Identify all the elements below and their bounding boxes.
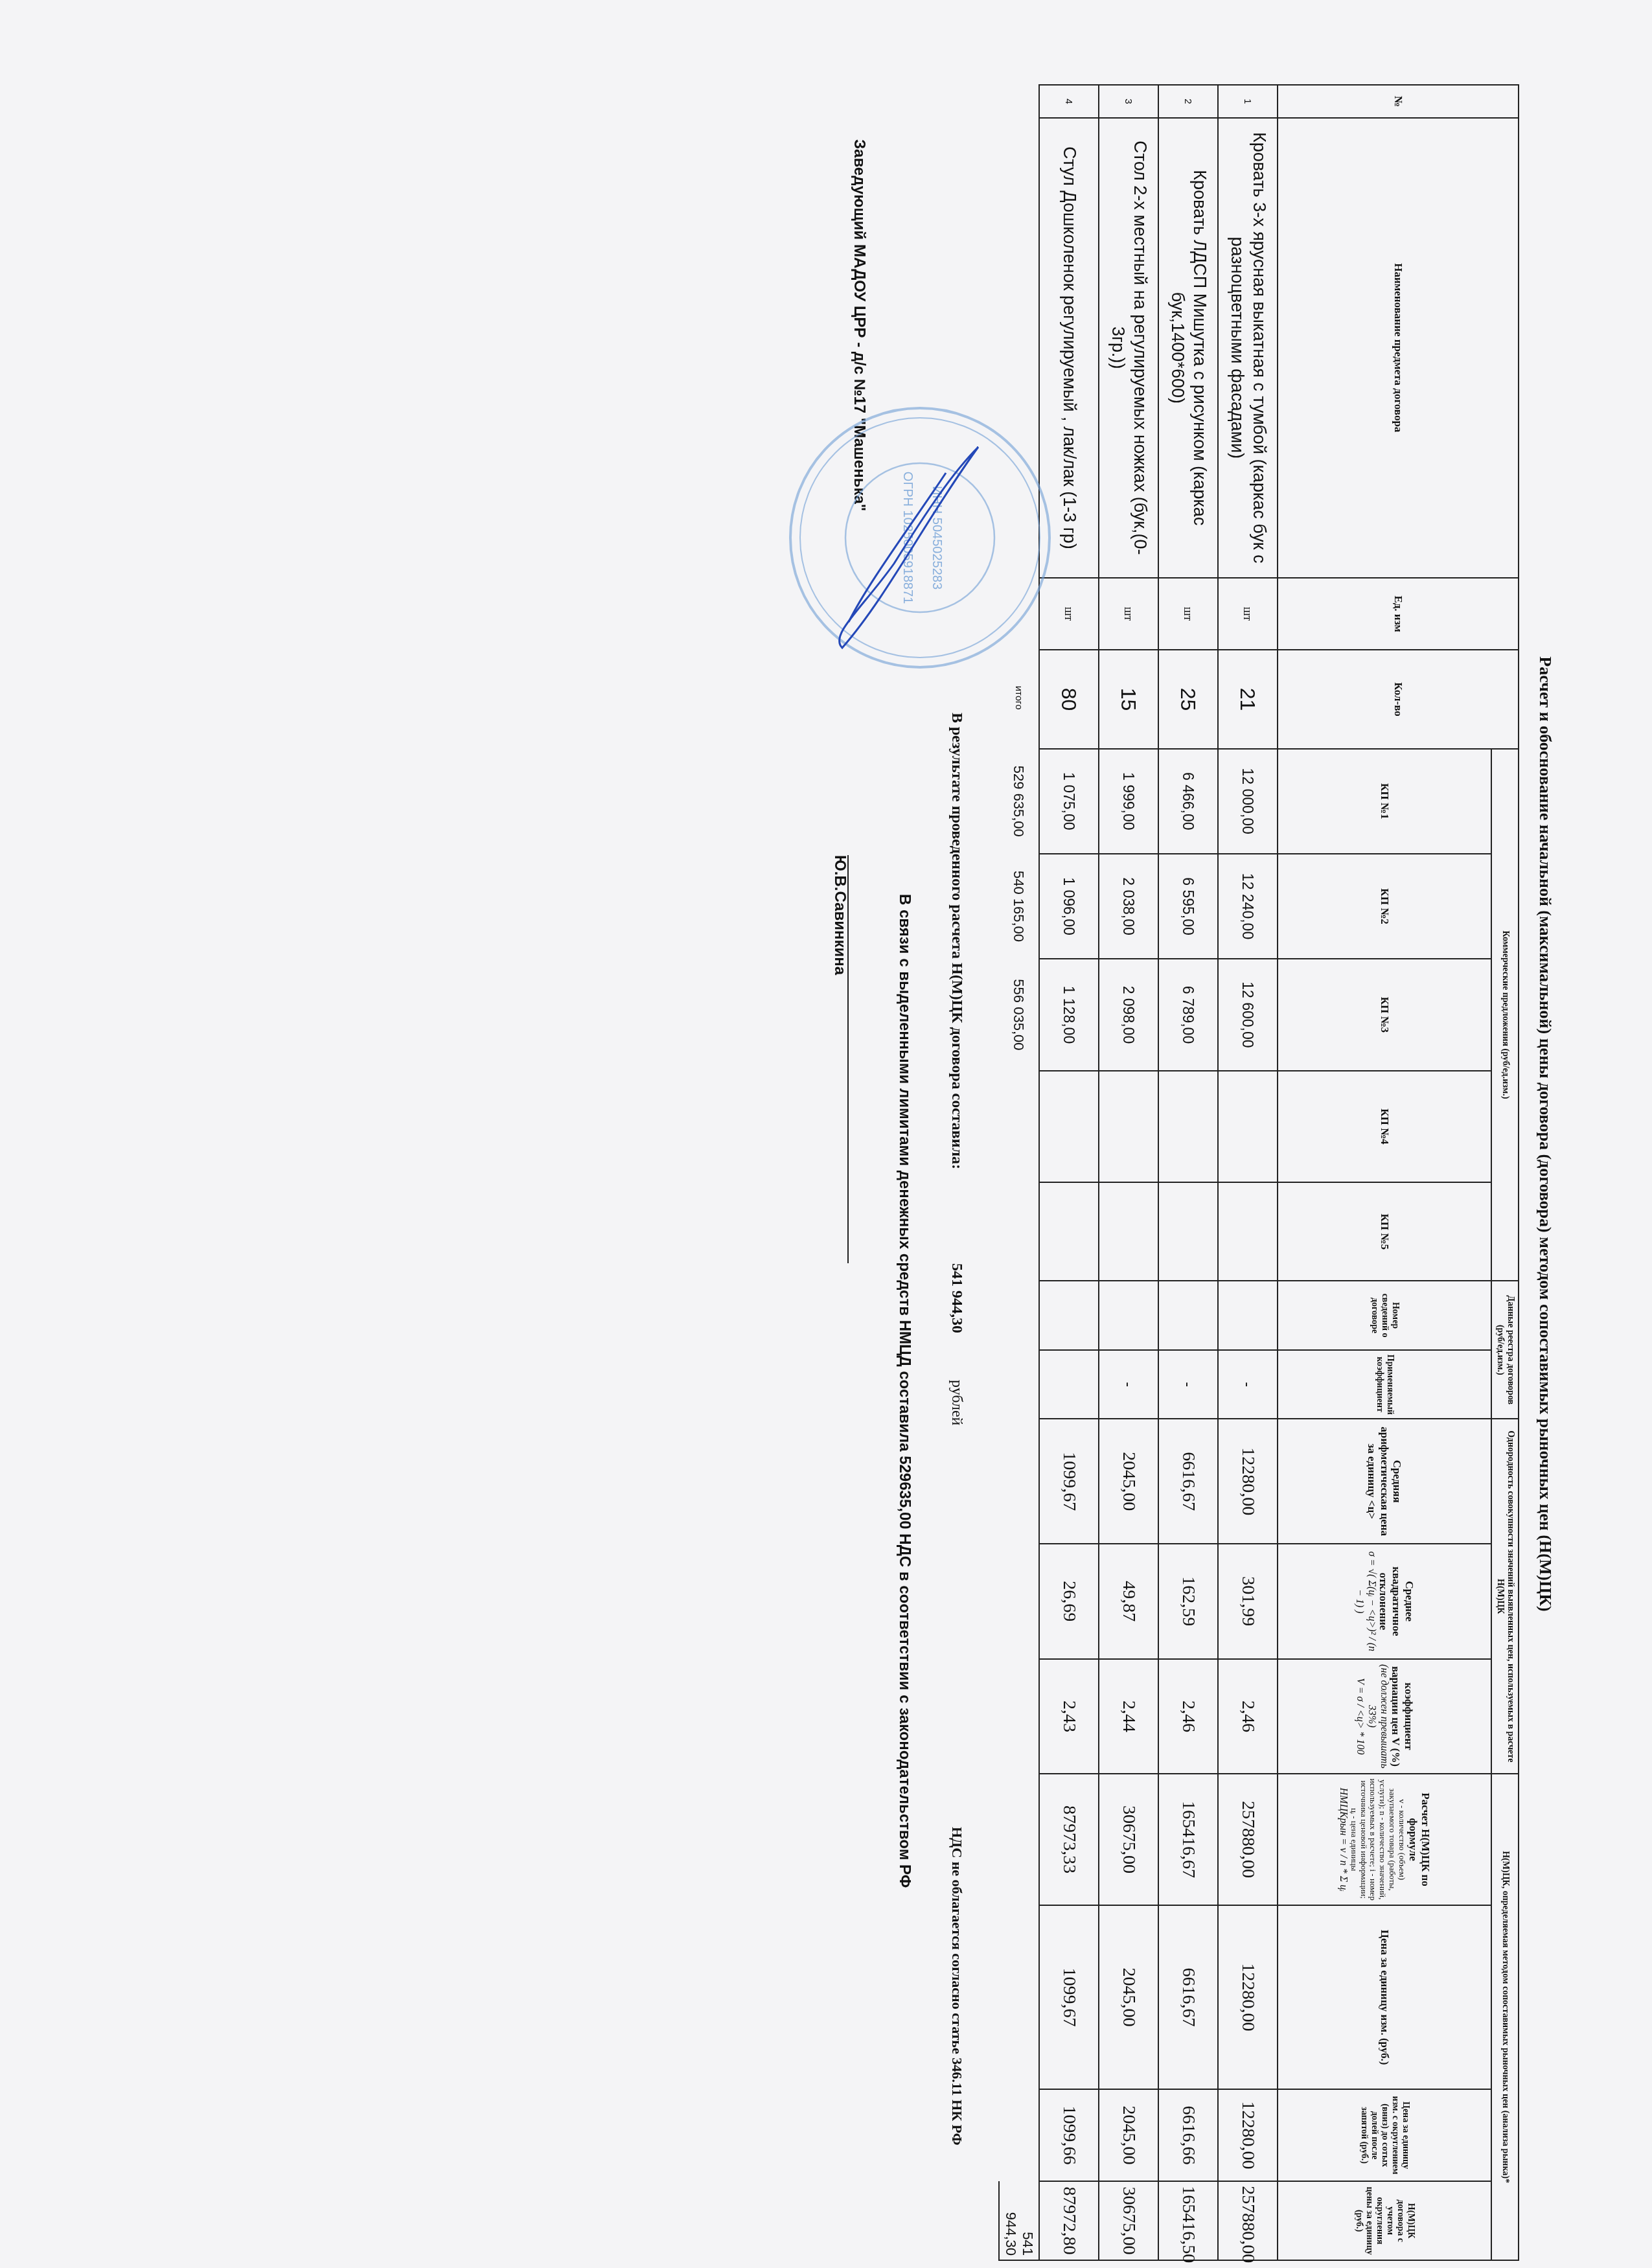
- nmck-rounded: 30675,00: [1099, 2181, 1158, 2260]
- header-kp-4: КП №4: [1278, 1071, 1491, 1182]
- table-row: 2Кровать ЛДСП Мишутка с рисунком (каркас…: [1158, 85, 1218, 2260]
- nmck-calc: 165416,67: [1158, 1774, 1218, 1905]
- grand-total: 541 944,30: [999, 2181, 1039, 2260]
- kp-3-price: 6 789,00: [1158, 959, 1218, 1070]
- header-commercial-offers: Коммерческие предложения (руб/ед.изм.): [1491, 749, 1519, 1281]
- kp-5-price: [1218, 1182, 1278, 1281]
- header-variation: коэффициент вариации цен V (%) (не долже…: [1278, 1659, 1491, 1774]
- registry-number: [1158, 1281, 1218, 1350]
- kp-2-price: 1 096,00: [1039, 854, 1099, 959]
- nmck-calc-label: Расчет Н(М)ЦК по формуле: [1406, 1778, 1432, 1901]
- kp-3-price: 12 600,00: [1218, 959, 1278, 1070]
- kp-1-price: 6 466,00: [1158, 749, 1218, 854]
- variation-formula: V = σ / <ц> * 100: [1354, 1664, 1366, 1770]
- row-number: 4: [1039, 85, 1099, 118]
- header-no: №: [1278, 85, 1519, 118]
- vat-note: НДС не облагается согласно статье 346.11…: [948, 1827, 965, 2146]
- unit-price: 6616,67: [1158, 1905, 1218, 2089]
- nmck-rounded: 87972,80: [1039, 2181, 1099, 2260]
- variation-note: (не должен превышать 33%): [1366, 1664, 1390, 1770]
- total-kp-2: 540 165,00: [999, 854, 1039, 959]
- header-unit: Ед. изм: [1278, 578, 1519, 650]
- kp-4-price: [1218, 1071, 1278, 1182]
- item-unit: шт: [1158, 578, 1218, 650]
- nmck-rounded: 165416,50: [1158, 2181, 1218, 2260]
- std-dev: 49,87: [1099, 1544, 1158, 1659]
- item-qty: 21: [1218, 650, 1278, 748]
- kp-5-price: [1039, 1182, 1099, 1281]
- header-std-dev: Среднее квадратичное отклонение σ = √( Σ…: [1278, 1544, 1491, 1659]
- header-nmck: Н(М)ЦК, определяемая методом сопоставимы…: [1491, 1774, 1519, 2260]
- registry-coef: [1039, 1350, 1099, 1419]
- registry-number: [1039, 1281, 1099, 1350]
- nmck-rounded: 257880,00: [1218, 2181, 1278, 2260]
- item-name: Кровать 3-х ярусная выкатная с тумбой (к…: [1218, 118, 1278, 578]
- row-number: 3: [1099, 85, 1158, 118]
- nmck-calc: 30675,00: [1099, 1774, 1158, 1905]
- kp-5-price: [1099, 1182, 1158, 1281]
- avg-price: 6616,67: [1158, 1419, 1218, 1544]
- header-registry-coef: Применяемый коэффициент: [1278, 1350, 1491, 1419]
- std-dev-label: Среднее квадратичное отклонение: [1377, 1548, 1416, 1655]
- registry-coef: -: [1158, 1350, 1218, 1419]
- std-dev: 301,99: [1218, 1544, 1278, 1659]
- registry-coef: -: [1099, 1350, 1158, 1419]
- unit-price: 2045,00: [1099, 1905, 1158, 2089]
- header-kp-2: КП №2: [1278, 854, 1491, 959]
- std-dev: 26,69: [1039, 1544, 1099, 1659]
- result-value: 541 944,30: [948, 1263, 965, 1333]
- header-avg-price: Средняя арифметическая цена за единицу <…: [1278, 1419, 1491, 1544]
- variation-coef: 2,44: [1099, 1659, 1158, 1774]
- header-registry: Данные реестра договоров (руб/ед.изм.): [1491, 1281, 1519, 1419]
- header-registry-number: Номер сведений о договоре: [1278, 1281, 1491, 1350]
- unit-price-rounded: 1099,66: [1039, 2089, 1099, 2181]
- kp-4-price: [1158, 1071, 1218, 1182]
- document-page: Расчет и обоснование начальной (максимал…: [0, 0, 1652, 2268]
- registry-coef: -: [1218, 1350, 1278, 1419]
- official-stamp: ИНН 5045025283 ОГРН 1025005918871: [784, 402, 1056, 674]
- unit-price-rounded: 6616,66: [1158, 2089, 1218, 2181]
- row-number: 2: [1158, 85, 1218, 118]
- result-currency: рублей: [948, 1380, 965, 1425]
- limits-text: В связи с выделенными лимитами денежных …: [895, 894, 913, 1888]
- avg-price: 2045,00: [1099, 1419, 1158, 1544]
- document-title: Расчет и обоснование начальной (максимал…: [1535, 0, 1555, 2268]
- item-name: Стол 2-х местный на регулируемых ножках …: [1099, 118, 1158, 578]
- header-kp-3: КП №3: [1278, 959, 1491, 1070]
- unit-price: 12280,00: [1218, 1905, 1278, 2089]
- header-nmck-rounded: Н(М)ЦК договора с учетом округления цены…: [1278, 2181, 1491, 2260]
- item-unit: шт: [1218, 578, 1278, 650]
- table-row: 3Стол 2-х местный на регулируемых ножках…: [1099, 85, 1158, 2260]
- variation-coef: 2,43: [1039, 1659, 1099, 1774]
- kp-4-price: [1099, 1071, 1158, 1182]
- nmck-calc-formula: НМЦКрын = v / n * Σ цᵢ: [1337, 1778, 1348, 1901]
- registry-number: [1099, 1281, 1158, 1350]
- header-unit-price: Цена за единицу изм. (руб.): [1278, 1905, 1491, 2089]
- unit-price: 1099,67: [1039, 1905, 1099, 2089]
- nmck-table: № Наименование предмета договора Ед. изм…: [998, 84, 1519, 2261]
- kp-5-price: [1158, 1182, 1218, 1281]
- avg-price: 1099,67: [1039, 1419, 1099, 1544]
- header-nmck-calc: Расчет Н(М)ЦК по формуле v - количество …: [1278, 1774, 1491, 1905]
- kp-1-price: 1 075,00: [1039, 749, 1099, 854]
- std-dev: 162,59: [1158, 1544, 1218, 1659]
- header-row-1: № Наименование предмета договора Ед. изм…: [1491, 85, 1519, 2260]
- kp-2-price: 6 595,00: [1158, 854, 1218, 959]
- nmck-calc-legend: v - количество (объем) закупаемого товар…: [1349, 1778, 1407, 1901]
- item-name: Кровать ЛДСП Мишутка с рисунком (каркас …: [1158, 118, 1218, 578]
- table-row: 1Кровать 3-х ярусная выкатная с тумбой (…: [1218, 85, 1278, 2260]
- kp-2-price: 2 038,00: [1099, 854, 1158, 959]
- kp-3-price: 1 128,00: [1039, 959, 1099, 1070]
- kp-2-price: 12 240,00: [1218, 854, 1278, 959]
- variation-coef: 2,46: [1158, 1659, 1218, 1774]
- variation-coef: 2,46: [1218, 1659, 1278, 1774]
- header-name: Наименование предмета договора: [1278, 118, 1519, 578]
- total-kp-3: 556 035,00: [999, 959, 1039, 1070]
- header-unit-price-rounded: Цена за единицу изм. с округлением (вниз…: [1278, 2089, 1491, 2181]
- header-homogeneity: Однородность совокупности значений выявл…: [1491, 1419, 1519, 1774]
- result-text: В результате проведенного расчета Н(М)ЦК…: [948, 713, 965, 1169]
- unit-price-rounded: 2045,00: [1099, 2089, 1158, 2181]
- unit-price-rounded: 12280,00: [1218, 2089, 1278, 2181]
- header-kp-5: КП №5: [1278, 1182, 1491, 1281]
- item-unit: шт: [1099, 578, 1158, 650]
- variation-label: коэффициент вариации цен V (%): [1390, 1664, 1415, 1770]
- kp-1-price: 1 999,00: [1099, 749, 1158, 854]
- row-number: 1: [1218, 85, 1278, 118]
- item-qty: 15: [1099, 650, 1158, 748]
- kp-4-price: [1039, 1071, 1099, 1182]
- kp-3-price: 2 098,00: [1099, 959, 1158, 1070]
- kp-1-price: 12 000,00: [1218, 749, 1278, 854]
- header-qty: Кол-во: [1278, 650, 1519, 748]
- total-kp-1: 529 635,00: [999, 749, 1039, 854]
- std-dev-formula: σ = √( Σ(цᵢ − <ц>)² / (n − 1) ): [1353, 1548, 1377, 1655]
- nmck-calc: 257880,00: [1218, 1774, 1278, 1905]
- item-qty: 25: [1158, 650, 1218, 748]
- registry-number: [1218, 1281, 1278, 1350]
- signature-name: Ю.В.Савинкина: [831, 855, 849, 975]
- header-kp-1: КП №1: [1278, 749, 1491, 854]
- nmck-calc: 87973,33: [1039, 1774, 1099, 1905]
- avg-price: 12280,00: [1218, 1419, 1278, 1544]
